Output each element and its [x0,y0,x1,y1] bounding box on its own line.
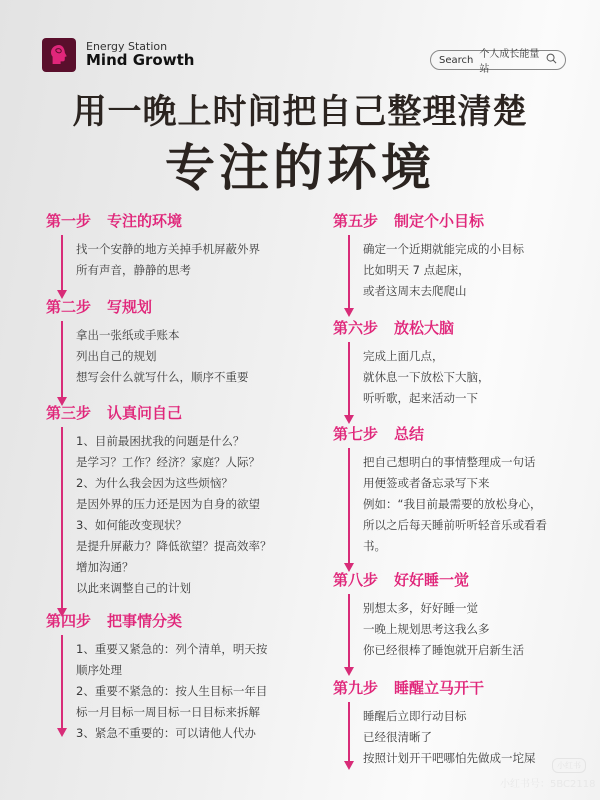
step-line: 3、如何能改变现状？ [76,515,272,536]
step-line: 确定一个近期就能完成的小目标 [363,239,524,260]
step-3: 第三步认真问自己 1、目前最困扰我的问题是什么？ 是学习？工作？经济？家庭？人际… [46,402,272,599]
step-line: 1、目前最困扰我的问题是什么？ [76,431,272,452]
step-4: 第四步把事情分类 1、重要又紧急的：列个清单，明天按 顺序处理 2、重要不紧急的… [46,610,267,744]
step-line: 标一月目标一周目标一日目标来拆解 [76,702,267,723]
page-title-line1: 用一晚上时间把自己整理清楚 [0,84,600,133]
step-name: 睡醒立马开干 [394,679,484,697]
step-5: 第五步制定个小目标 确定一个近期就能完成的小目标 比如明天 7 点起床， 或者这… [333,210,524,302]
step-line: 顺序处理 [76,660,267,681]
step-line: 书。 [363,536,547,557]
arrow-down-icon [348,448,350,570]
step-line: 按照计划开干吧哪怕先做成一坨屎 [363,748,536,769]
step-name: 把事情分类 [107,612,182,630]
step-8: 第八步好好睡一觉 别想太多，好好睡一觉 一晚上规划思考这我么多 你已经很棒了睡饱… [333,569,524,661]
step-number: 第七步 [333,425,378,443]
step-9: 第九步睡醒立马开干 睡醒后立即行动目标 已经很清晰了 按照计划开干吧哪怕先做成一… [333,677,536,769]
step-number: 第八步 [333,571,378,589]
step-line: 找一个安静的地方关掉手机屏蔽外界 [76,239,260,260]
step-line: 列出自己的规划 [76,346,249,367]
step-line: 拿出一张纸或手账本 [76,325,249,346]
step-number: 第九步 [333,679,378,697]
step-6: 第六步放松大脑 完成上面几点， 就休息一下放松下大脑， 听听歌，起来活动一下 [333,317,490,409]
step-line: 例如：“我目前最需要的放松身心， [363,494,547,515]
step-line: 所以之后每天睡前听听轻音乐或看看 [363,515,547,536]
step-number: 第一步 [46,212,91,230]
step-line: 已经很清晰了 [363,727,536,748]
watermark-text: 小红书号：5BC2118 [500,775,595,790]
search-icon[interactable] [546,53,557,67]
step-2: 第二步写规划 拿出一张纸或手账本 列出自己的规划 想写会什么就写什么，顺序不重要 [46,296,249,388]
search-box[interactable]: Search 个人成长能量站 [430,50,566,70]
step-line: 用便签或者备忘录写下来 [363,473,547,494]
step-line: 睡醒后立即行动目标 [363,706,536,727]
step-7: 第七步总结 把自己想明白的事情整理成一句话 用便签或者备忘录写下来 例如：“我目… [333,423,547,557]
step-name: 总结 [394,425,424,443]
arrow-down-icon [61,235,63,297]
step-line: 完成上面几点， [363,346,490,367]
arrow-down-icon [348,235,350,315]
step-line: 以此来调整自己的计划 [76,578,272,599]
step-line: 2、为什么我会因为这些烦恼？ [76,473,272,494]
step-number: 第四步 [46,612,91,630]
watermark-badge: 小红书 [552,758,586,773]
arrow-down-icon [61,427,63,615]
step-name: 好好睡一觉 [394,571,469,589]
step-line: 是因外界的压力还是因为自身的欲望 [76,494,272,515]
arrow-down-icon [348,702,350,768]
search-label: Search [439,55,473,66]
step-line: 把自己想明白的事情整理成一句话 [363,452,547,473]
step-line: 2、重要不紧急的：按人生目标一年目 [76,681,267,702]
page-title-line2: 专注的环境 [0,128,600,200]
step-line: 增加沟通？ [76,557,272,578]
step-line: 听听歌，起来活动一下 [363,388,490,409]
step-1: 第一步专注的环境 找一个安静的地方关掉手机屏蔽外界 所有声音，静静的思考 [46,210,260,281]
brand-name: Mind Growth [86,53,194,69]
step-name: 制定个小目标 [394,212,484,230]
step-line: 是提升屏蔽力？降低欲望？提高效率？ [76,536,272,557]
arrow-down-icon [348,342,350,422]
step-line: 就休息一下放松下大脑， [363,367,490,388]
step-name: 专注的环境 [107,212,182,230]
step-number: 第三步 [46,404,91,422]
step-line: 1、重要又紧急的：列个清单，明天按 [76,639,267,660]
step-line: 所有声音，静静的思考 [76,260,260,281]
arrow-down-icon [348,594,350,674]
step-line: 别想太多，好好睡一觉 [363,598,524,619]
step-number: 第二步 [46,298,91,316]
step-line: 比如明天 7 点起床， [363,260,524,281]
step-name: 写规划 [107,298,152,316]
step-number: 第六步 [333,319,378,337]
arrow-down-icon [61,635,63,735]
arrow-down-icon [61,321,63,404]
step-name: 认真问自己 [107,404,182,422]
step-line: 是学习？工作？经济？家庭？人际？ [76,452,272,473]
brand-header: Energy Station Mind Growth [42,38,194,72]
step-line: 想写会什么就写什么，顺序不重要 [76,367,249,388]
step-line: 一晚上规划思考这我么多 [363,619,524,640]
search-text: 个人成长能量站 [479,45,546,75]
brain-head-icon [42,38,76,72]
step-number: 第五步 [333,212,378,230]
step-line: 3、紧急不重要的：可以请他人代办 [76,723,267,744]
step-line: 你已经很棒了睡饱就开启新生活 [363,640,524,661]
step-name: 放松大脑 [394,319,454,337]
step-line: 或者这周末去爬爬山 [363,281,524,302]
